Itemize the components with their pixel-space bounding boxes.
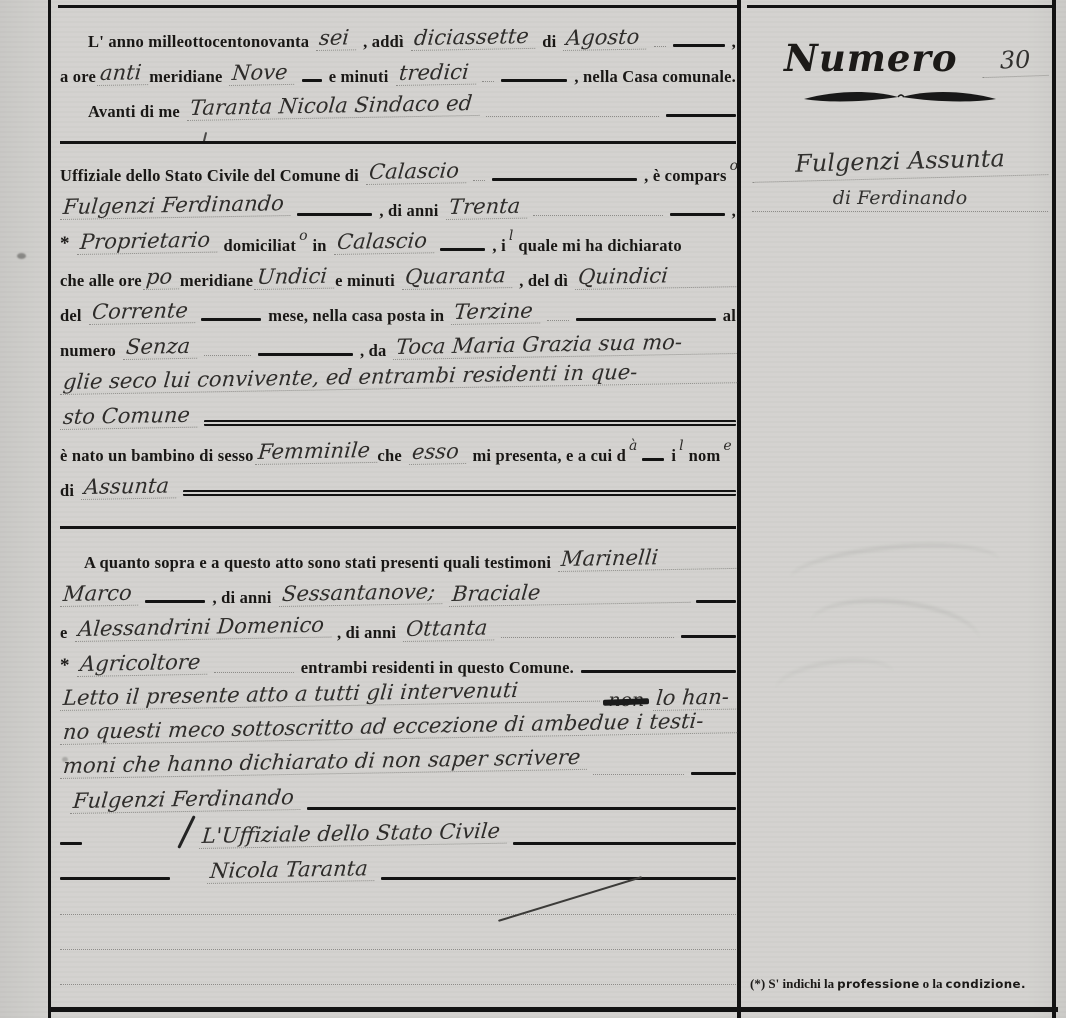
- ink-bar: [381, 877, 736, 880]
- form-line-18: Letto il presente atto a tutti gli inter…: [60, 677, 736, 711]
- handwritten-minutes: Quaranta: [402, 264, 515, 290]
- ink-bar: [576, 318, 716, 321]
- handwritten-letter: o: [730, 158, 738, 174]
- printed-text: , nella Casa comunale.: [574, 68, 736, 86]
- printed-text: , di anni: [337, 624, 396, 642]
- printed-text: Uffiziale dello Stato Civile del Comune …: [60, 167, 359, 185]
- printed-text: mi presenta, e a cui d: [472, 447, 626, 465]
- printed-text: e: [60, 624, 68, 642]
- handwritten-day: diciassette: [411, 25, 538, 51]
- form-line-12: è nato un bambino di sesso Femminile che…: [60, 430, 736, 465]
- handwritten-letter: o: [299, 228, 307, 244]
- handwritten-meridian: po: [143, 265, 181, 290]
- handwritten-age: Trenta: [446, 195, 529, 220]
- bottom-rule: [50, 1007, 1058, 1012]
- ink-bar: [696, 600, 736, 603]
- form-line-19: no questi meco sottoscritto ad eccezione…: [60, 711, 736, 745]
- printed-text: quale mi ha dichiarato: [518, 237, 681, 255]
- footnote-text: o la: [923, 976, 943, 991]
- right-rule-line: [1052, 0, 1056, 1018]
- form-line-11: sto Comune: [60, 395, 736, 430]
- top-rule-margin: [747, 5, 1053, 8]
- printed-text: meridiane: [180, 272, 253, 290]
- footnote-asterisk: *: [60, 234, 70, 255]
- dotted-blank: [482, 79, 494, 82]
- printed-text: , da: [360, 342, 386, 360]
- ink-bar: [642, 458, 664, 461]
- handwritten-pronoun: esso: [409, 440, 468, 465]
- footnote-bold-professione: professione: [837, 977, 920, 991]
- ink-bar: [670, 213, 725, 216]
- ink-bar: [60, 842, 82, 845]
- handwritten-continuation: sto Comune: [60, 404, 199, 430]
- margin-column: Numero 30 Fulgenzi Assunta di Ferdinando: [752, 40, 1048, 212]
- form-line-3: Avanti di me Taranta Nicola Sindaco ed: [60, 86, 736, 121]
- numero-label: Numero: [784, 40, 958, 77]
- form-line-15: Marco , di anni Sessantanove; Braciale: [60, 572, 736, 607]
- printed-text: meridiane: [149, 68, 222, 86]
- handwritten-letter: l: [679, 438, 683, 454]
- handwritten-witness1-surname: Marinelli: [558, 545, 738, 572]
- left-rule-line: [48, 0, 51, 1018]
- printed-text: numero: [60, 342, 116, 360]
- handwritten-closing: lo han-: [653, 686, 738, 711]
- printed-text: del: [60, 307, 82, 325]
- handwritten-witness1-name: Marco: [60, 582, 141, 607]
- birth-record-scan: L' anno milleottocentonovanta sei , addì…: [0, 0, 1066, 1018]
- footnote-text: (*) S' indichi la: [750, 976, 834, 991]
- printed-text: L' anno milleottocentonovanta: [88, 33, 309, 51]
- dotted-blank: [501, 635, 674, 638]
- form-line-25: [60, 919, 736, 954]
- form-line-17: * Agricoltore entrambi residenti in ques…: [60, 642, 736, 677]
- handwritten-letter: e: [723, 438, 731, 454]
- form-line-1: L' anno milleottocentonovanta sei , addì…: [60, 16, 736, 51]
- ink-bar: [307, 807, 736, 810]
- numero-row: Numero 30: [752, 40, 1048, 77]
- footnote-asterisk: *: [60, 656, 70, 677]
- margin-child-name: Fulgenzi Assunta: [752, 143, 1049, 183]
- printed-text: , del dì: [519, 272, 568, 290]
- act-body: L' anno milleottocentonovanta sei , addì…: [60, 16, 736, 989]
- printed-text: , i: [492, 237, 505, 255]
- printed-text: di: [542, 33, 556, 51]
- ink-bar: [681, 635, 736, 638]
- printed-text: A quanto sopra e a questo atto sono stat…: [84, 554, 551, 572]
- handwritten-place: Terzine: [451, 299, 542, 325]
- form-line-4: Uffiziale dello Stato Civile del Comune …: [60, 150, 736, 185]
- handwritten-declarant: Fulgenzi Ferdinando: [60, 192, 293, 220]
- handwritten-month: Agosto: [563, 26, 648, 51]
- handwritten-child-name: Assunta: [81, 474, 178, 500]
- column-divider-line: [737, 0, 741, 1018]
- printed-text: in: [313, 237, 327, 255]
- handwritten-officer: Taranta Nicola Sindaco ed: [187, 92, 481, 121]
- printed-text: al: [723, 307, 736, 325]
- form-line-8: del Corrente mese, nella casa posta in T…: [60, 290, 736, 325]
- ink-bar: [501, 79, 567, 82]
- printed-text: , è compars: [644, 167, 726, 185]
- ink-bar: [183, 490, 736, 496]
- ink-bar: [145, 600, 205, 603]
- form-line-5: Fulgenzi Ferdinando , di anni Trenta ,: [60, 185, 736, 220]
- section-separator: [60, 526, 736, 529]
- handwritten-housenumber: Senza: [123, 335, 199, 360]
- form-line-10: glie seco lui convivente, ed entrambi re…: [60, 360, 736, 395]
- dotted-blank: [60, 947, 736, 950]
- ink-speck: [17, 253, 26, 259]
- dotted-blank: [533, 213, 662, 216]
- printed-text: che: [377, 447, 401, 465]
- ink-bar: [581, 670, 736, 673]
- dotted-blank: [214, 670, 294, 673]
- handwritten-residence: Calascio: [334, 229, 436, 255]
- ink-bar: [666, 114, 736, 117]
- dotted-blank: [473, 178, 485, 181]
- form-line-13: di Assunta: [60, 465, 736, 500]
- handwritten-hour: Undici: [254, 265, 336, 290]
- ink-bar: [204, 420, 736, 426]
- form-line-14: A quanto sopra e a questo atto sono stat…: [60, 537, 736, 572]
- dotted-blank: [593, 772, 684, 775]
- handwritten-continuation: glie seco lui convivente, ed entrambi re…: [60, 359, 739, 395]
- dotted-blank: [60, 912, 736, 915]
- form-line-2: a ore anti meridiane Nove e minuti tredi…: [60, 51, 736, 86]
- struck-out-word: non: [606, 689, 646, 711]
- ink-bar: [297, 213, 372, 216]
- ornamental-swash: [800, 85, 1000, 107]
- handwritten-closing: moni che hanno dichiarato di non saper s…: [60, 746, 589, 779]
- form-line-16: e Alessandrini Domenico , di anni Ottant…: [60, 607, 736, 642]
- pen-flourish: [177, 815, 195, 849]
- ink-bar: [513, 842, 736, 845]
- handwritten-letter: à: [629, 438, 637, 454]
- printed-text: a ore: [60, 68, 96, 86]
- printed-text: mese, nella casa posta in: [268, 307, 444, 325]
- dotted-blank: [654, 44, 666, 47]
- ink-bar: [673, 44, 725, 47]
- footnote-bold-condizione: condizione.: [946, 977, 1026, 991]
- printed-text: nom: [689, 447, 721, 465]
- numero-value: 30: [981, 45, 1048, 78]
- handwritten-minutes: tredici: [396, 61, 478, 86]
- handwritten-witness1-age: Sessantanove;: [279, 580, 444, 607]
- printed-text: e minuti: [329, 68, 389, 86]
- dotted-blank: [204, 353, 251, 356]
- handwritten-witness2-age: Ottanta: [403, 616, 496, 642]
- officer-title-signature: L'Uffiziale dello Stato Civile: [199, 820, 509, 849]
- officer-signature: Nicola Taranta: [207, 857, 377, 884]
- handwritten-meridian: anti: [97, 61, 150, 86]
- printed-text: e minuti: [335, 272, 395, 290]
- ink-bar: [302, 79, 322, 82]
- dotted-blank: [486, 114, 660, 117]
- form-line-21: Fulgenzi Ferdinando: [60, 779, 736, 814]
- margin-father-name: di Ferdinando: [752, 179, 1048, 212]
- printed-text: , di anni: [379, 202, 438, 220]
- printed-text: , di anni: [212, 589, 271, 607]
- printed-text: di: [60, 482, 74, 500]
- printed-text: ,: [732, 202, 736, 220]
- handwritten-month-ref: Corrente: [89, 299, 197, 325]
- handwritten-closing: no questi meco sottoscritto ad eccezione…: [60, 709, 739, 745]
- printed-text: è nato un bambino di sesso: [60, 447, 254, 465]
- declarant-signature: Fulgenzi Ferdinando: [70, 786, 303, 814]
- dotted-blank: [547, 318, 569, 321]
- printed-text: Avanti di me: [88, 103, 180, 121]
- dotted-blank: [60, 982, 736, 985]
- handwritten-letter: l: [509, 228, 513, 244]
- bleedthrough-mark: [788, 536, 1002, 604]
- handwritten-witness2-name: Alessandrini Domenico: [75, 613, 333, 642]
- form-line-20: moni che hanno dichiarato di non saper s…: [60, 745, 736, 779]
- printed-text: entrambi residenti in questo Comune.: [301, 659, 574, 677]
- ink-bar: [60, 877, 170, 880]
- handwritten-mother: Toca Maria Grazia sua mo-: [393, 330, 738, 360]
- handwritten-hour: Nove: [229, 61, 297, 86]
- printed-text: i: [671, 447, 676, 465]
- form-line-7: che alle ore po meridiane Undici e minut…: [60, 255, 736, 290]
- handwritten-closing: Letto il presente atto a tutti gli inter…: [60, 678, 602, 711]
- form-line-9: numero Senza , da Toca Maria Grazia sua …: [60, 325, 736, 360]
- handwritten-year: sei: [316, 26, 358, 51]
- printed-text: , addì: [363, 33, 404, 51]
- top-rule-main: [58, 5, 737, 8]
- ink-bar: [691, 772, 736, 775]
- ink-bar: [258, 353, 353, 356]
- form-line-24: [60, 884, 736, 919]
- handwritten-witness2-profession: Agricoltore: [77, 651, 209, 677]
- printed-text: domiciliat: [224, 237, 297, 255]
- bleedthrough-mark: [807, 591, 983, 672]
- handwritten-profession: Proprietario: [77, 229, 219, 255]
- ink-bar: [201, 318, 261, 321]
- handwritten-comune: Calascio: [366, 159, 468, 185]
- handwritten-witness1-profession: Braciale: [449, 579, 692, 607]
- form-line-6: * Proprietario domiciliat o in Calascio …: [60, 220, 736, 255]
- printed-text: ,: [732, 33, 736, 51]
- handwritten-day: Quindici: [575, 263, 738, 290]
- ink-bar: [492, 178, 637, 181]
- form-line-22: L'Uffiziale dello Stato Civile: [60, 814, 736, 849]
- margin-footnote: (*) S' indichi laprofessioneo lacondizio…: [750, 976, 1050, 992]
- bleedthrough-mark: [773, 652, 898, 712]
- handwritten-sex: Femminile: [255, 439, 379, 465]
- section-separator: [60, 141, 736, 144]
- form-line-26: [60, 954, 736, 989]
- printed-text: che alle ore: [60, 272, 142, 290]
- ink-bar: [440, 248, 485, 251]
